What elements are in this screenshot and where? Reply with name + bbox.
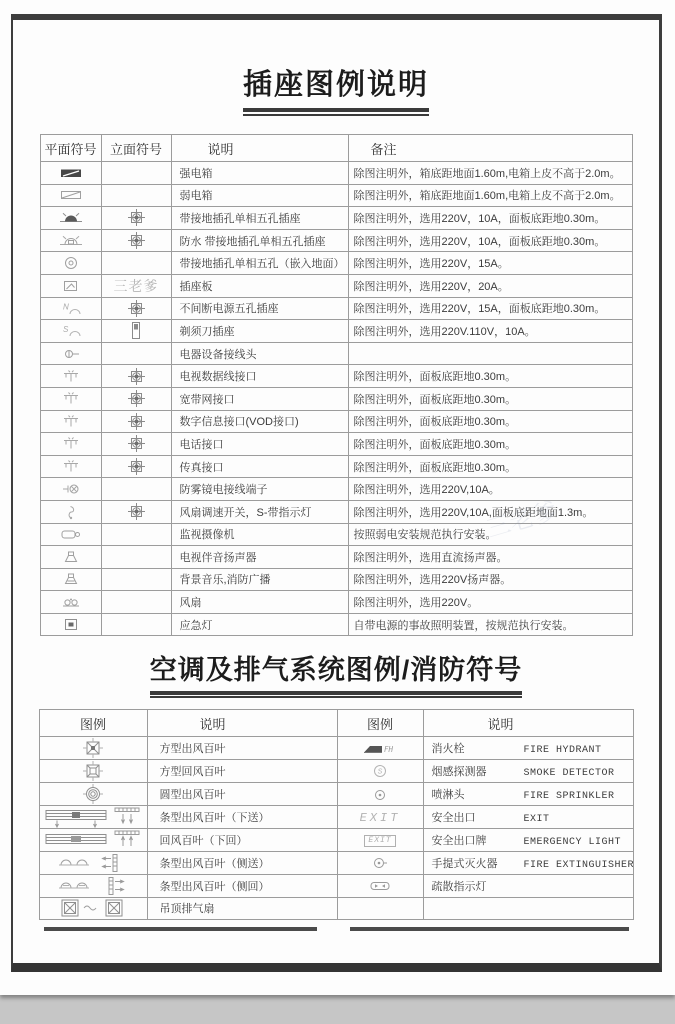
symbol-description: 回风百叶（下回） [147,829,337,852]
elevation-symbol-cell [101,478,171,501]
symbol-remark: 除图注明外，面板底距地0.30m。 [348,387,632,410]
plan-symbol-cell [40,184,101,207]
plan-symbol-cell [40,410,101,433]
symbol-description: 方型出风百叶 [147,737,337,760]
symbol-remark: 按照弱电安装规范执行安装。 [348,523,632,546]
symbol-remark: 除图注明外，选用220V，10A，面板底距地0.30m。 [348,207,632,230]
plan-symbol-cell [40,162,101,185]
fan-speed-switch-icon [65,503,77,520]
bgm-speaker-icon [63,572,79,586]
legend-symbol-cell [39,737,147,760]
socket-legend-table: 平面符号 立面符号 说明 备注 强电箱 除图注明外，箱底距地面1.60m,电箱上… [40,134,633,636]
wall-socket-elevation-icon [128,232,145,249]
footer-rule-lines [13,927,659,931]
plan-symbol-cell [40,229,101,252]
symbol-description: 电视伴音扬声器 [171,546,348,569]
socket-legend-title: 插座图例说明 [13,62,659,112]
elevation-symbol-cell [101,410,171,433]
vod-jack-icon [62,414,80,429]
symbol-remark: 除图注明外，选用220V，20A。 [348,274,632,297]
plan-symbol-cell [40,591,101,614]
socket-plate-icon [63,279,78,293]
symbol-description: 风扇 [171,591,348,614]
elevation-symbol-cell [101,591,171,614]
table-row: 宽带网接口 除图注明外，面板底距地0.30m。 [40,387,632,410]
elevation-symbol-cell [101,500,171,523]
wall-socket-elevation-icon [128,413,145,430]
table-row: 条型出风百叶（下送） EXIT 安全出口EXIT [39,806,633,829]
fan-icon [61,596,81,608]
strong-power-box-icon [60,167,82,179]
socket-legend-title-text: 插座图例说明 [243,62,429,112]
legend-symbol-cell: EXIT [337,806,423,829]
symbol-description: 监视摄像机 [171,523,348,546]
symbol-description: 数字信息接口(VOD接口) [171,410,348,433]
elevation-symbol-cell [101,455,171,478]
elevation-symbol-cell [101,184,171,207]
evacuation-light-icon [370,881,390,891]
symbol-description: 吊顶排气扇 [147,897,337,920]
symbol-description: 传真接口 [171,455,348,478]
symbol-description: 消火栓FIRE HYDRANT [423,737,633,760]
col-header-legend-right: 图例 [337,710,423,737]
mirror-terminal-icon [61,483,81,495]
linear-return-side-icon [57,876,129,896]
symbol-description: 电视数据线接口 [171,365,348,388]
symbol-description: 弱电箱 [171,184,348,207]
symbol-remark: 除图注明外，选用220V，15A，面板底距地0.30m。 [348,297,632,320]
legend-symbol-cell [337,897,423,920]
legend-symbol-cell [337,783,423,806]
description-english: EXIT [524,814,550,825]
svg-text:S: S [378,769,383,776]
table-row: 电话接口 除图注明外，面板底距地0.30m。 [40,433,632,456]
table-row: 弱电箱 除图注明外，箱底距地面1.60m,电箱上皮不高于2.0m。 [40,184,632,207]
elevation-symbol-cell [101,613,171,636]
symbol-description: 方型回风百叶 [147,760,337,783]
symbol-remark: 除图注明外，面板底距地0.30m。 [348,410,632,433]
shaver-socket-elevation-icon [130,321,142,340]
plan-symbol-cell [40,274,101,297]
table-row: 电器设备接线头 [40,342,632,365]
table-row: 吊顶排气扇 [39,897,633,920]
appliance-terminal-icon [61,348,81,360]
symbol-remark: 除图注明外，选用直流扬声器。 [348,546,632,569]
symbol-remark: 除图注明外，选用220V。 [348,591,632,614]
footer-rule-right [350,927,629,931]
elevation-symbol-cell [101,523,171,546]
symbol-remark: 除图注明外，箱底距地面1.60m,电箱上皮不高于2.0m。 [348,162,632,185]
description-chinese: 疏散指示灯 [432,878,524,894]
svg-text:N: N [63,302,69,311]
description-english: FIRE SPRINKLER [524,791,615,802]
symbol-description: 电器设备接线头 [171,342,348,365]
plan-symbol-cell [40,613,101,636]
legend-symbol-cell [39,783,147,806]
table-row: 回风百叶（下回） EXIT 安全出口牌EMERGENCY LIGHT [39,829,633,852]
cctv-camera-icon [60,528,82,540]
plan-symbol-cell [40,387,101,410]
table-row: 圆型出风百叶 喷淋头FIRE SPRINKLER [39,783,633,806]
round-supply-diffuser-icon [82,783,104,805]
description-chinese: 烟感探测器 [432,763,524,779]
symbol-description: 防水 带接地插孔单相五孔插座 [171,229,348,252]
description-chinese: 安全出口牌 [432,832,524,848]
table-row: 条型出风百叶（侧送） 手提式灭火器FIRE EXTINGUISHER [39,852,633,875]
symbol-description: 背景音乐,消防广播 [171,568,348,591]
legend-symbol-cell [39,852,147,875]
col-header-elevation-symbol: 立面符号 [101,135,171,162]
fire-hydrant-icon: FH [362,743,398,755]
table-row: 方型回风百叶 S 烟感探测器SMOKE DETECTOR [39,760,633,783]
description-english: FIRE EXTINGUISHER [524,860,634,871]
legend-symbol-cell [39,897,147,920]
svg-text:FH: FH [384,745,394,754]
elevation-symbol-cell [101,546,171,569]
emergency-light-icon [64,618,78,631]
table-row: 风扇调速开关，S-带指示灯 除图注明外，选用220V,10A,面板底距地面1.3… [40,500,632,523]
col-header-legend-left: 图例 [39,710,147,737]
elevation-symbol-cell: 三老爹 [101,274,171,297]
plan-symbol-cell [40,478,101,501]
symbol-remark: 除图注明外，选用220V，15A。 [348,252,632,275]
plan-symbol-cell [40,252,101,275]
wall-socket-elevation-icon [128,458,145,475]
plan-symbol-cell [40,500,101,523]
symbol-description: 喷淋头FIRE SPRINKLER [423,783,633,806]
elevation-symbol-cell [101,365,171,388]
symbol-description: 带接地插孔单相五孔插座 [171,207,348,230]
symbol-description: 条型出风百叶（侧回） [147,875,337,898]
symbol-description: 电话接口 [171,433,348,456]
legend-symbol-cell [337,875,423,898]
elevation-symbol-cell [101,252,171,275]
elevation-symbol-cell [101,387,171,410]
table-row: N 不间断电源五孔插座 除图注明外，选用220V，15A，面板底距地0.30m。 [40,297,632,320]
ups-socket-icon: N [61,301,81,316]
wall-socket-elevation-icon [128,503,145,520]
plan-symbol-cell [40,342,101,365]
svg-text:S: S [63,325,69,334]
symbol-description: 风扇调速开关，S-带指示灯 [171,500,348,523]
hvac-legend-title: 空调及排气系统图例/消防符号 [13,648,659,695]
table-row: 强电箱 除图注明外，箱底距地面1.60m,电箱上皮不高于2.0m。 [40,162,632,185]
table-row: 电视数据线接口 除图注明外，面板底距地0.30m。 [40,365,632,388]
elevation-symbol-cell [101,229,171,252]
description-english: SMOKE DETECTOR [524,768,615,779]
symbol-remark: 除图注明外，面板底距地0.30m。 [348,455,632,478]
symbol-remark: 除图注明外，选用220V,10A。 [348,478,632,501]
square-return-diffuser-icon [82,760,104,782]
square-supply-diffuser-icon [82,737,104,759]
floor-socket-icon [64,256,78,270]
wall-socket-elevation-icon [128,390,145,407]
elevation-symbol-cell [101,207,171,230]
shaver-socket-icon: S [61,323,81,338]
symbol-description: 条型出风百叶（侧送） [147,852,337,875]
smoke-detector-icon: S [373,764,387,778]
plan-symbol-cell [40,365,101,388]
description-chinese: 手提式灭火器 [432,855,524,871]
elevation-symbol-cell [101,342,171,365]
fire-sprinkler-icon [374,789,386,801]
legend-symbol-cell [337,852,423,875]
fire-extinguisher-icon [372,857,389,869]
description-chinese: 安全出口 [432,809,524,825]
col-header-plan-symbol: 平面符号 [40,135,101,162]
ceiling-exhaust-fan-icon [60,898,126,918]
tv-data-jack-icon [62,369,80,384]
col-header-description-left: 说明 [147,710,337,737]
symbol-remark: 自带电源的事故照明装置，按规范执行安装。 [348,613,632,636]
symbol-remark: 除图注明外，选用220V扬声器。 [348,568,632,591]
table-row: 条型出风百叶（侧回） 疏散指示灯 [39,875,633,898]
table-row: S 剃须刀插座 除图注明外，选用220V.110V，10A。 [40,320,632,343]
symbol-description: 强电箱 [171,162,348,185]
plan-symbol-cell: S [40,320,101,343]
description-english: EMERGENCY LIGHT [524,837,622,848]
table-row: 风扇 除图注明外，选用220V。 [40,591,632,614]
elevation-symbol-cell [101,297,171,320]
fax-jack-icon [62,459,80,474]
hvac-fire-legend-table: 图例 说明 图例 说明 方型出风百叶 FH 消火栓FIRE HYDRANT 方型… [39,709,634,920]
col-header-description: 说明 [171,135,348,162]
tv-speaker-icon [63,550,79,564]
plan-symbol-cell: N [40,297,101,320]
elevation-symbol-cell [101,433,171,456]
exit-sign-icon: EXIT [364,835,395,847]
table-row: 防水 带接地插孔单相五孔插座 除图注明外，选用220V，10A，面板底距地0.3… [40,229,632,252]
wall-socket-elevation-icon [128,435,145,452]
phone-jack-icon [62,436,80,451]
plan-symbol-cell [40,546,101,569]
table-header-row: 图例 说明 图例 说明 [39,710,633,737]
legend-symbol-cell [39,829,147,852]
table-row: 应急灯 自带电源的事故照明装置，按规范执行安装。 [40,613,632,636]
description-english: FIRE HYDRANT [524,745,602,756]
table-header-row: 平面符号 立面符号 说明 备注 [40,135,632,162]
wall-socket-elevation-icon [128,300,145,317]
table-row: 数字信息接口(VOD接口) 除图注明外，面板底距地0.30m。 [40,410,632,433]
wall-socket-elevation-icon [128,209,145,226]
table-row: 监视摄像机 按照弱电安装规范执行安装。 [40,523,632,546]
symbol-description: 剃须刀插座 [171,320,348,343]
symbol-description: 疏散指示灯 [423,875,633,898]
linear-supply-side-icon [57,853,129,873]
watermark-text: 三老爹 [114,278,159,294]
symbol-description: 插座板 [171,274,348,297]
grounded-socket-icon [59,211,83,225]
table-row: 防雾镜电接线端子 除图注明外，选用220V,10A。 [40,478,632,501]
hvac-legend-title-text: 空调及排气系统图例/消防符号 [150,648,523,695]
table-row: 三老爹 插座板 除图注明外，选用220V，20A。 [40,274,632,297]
elevation-symbol-cell [101,568,171,591]
symbol-description: 圆型出风百叶 [147,783,337,806]
symbol-description: 烟感探测器SMOKE DETECTOR [423,760,633,783]
legend-symbol-cell: FH [337,737,423,760]
wall-socket-elevation-icon [128,368,145,385]
waterproof-socket-icon [59,234,83,248]
col-header-remark: 备注 [348,135,632,162]
table-row: 方型出风百叶 FH 消火栓FIRE HYDRANT [39,737,633,760]
symbol-description: 不间断电源五孔插座 [171,297,348,320]
symbol-description: 应急灯 [171,613,348,636]
elevation-symbol-cell [101,320,171,343]
symbol-description: 防雾镜电接线端子 [171,478,348,501]
legend-symbol-cell [39,875,147,898]
symbol-remark: 除图注明外，箱底距地面1.60m,电箱上皮不高于2.0m。 [348,184,632,207]
legend-symbol-cell: EXIT [337,829,423,852]
symbol-description: 手提式灭火器FIRE EXTINGUISHER [423,852,633,875]
legend-symbol-cell [39,806,147,829]
weak-power-box-icon [60,189,82,201]
table-row: 传真接口 除图注明外，面板底距地0.30m。 [40,455,632,478]
symbol-description: 安全出口牌EMERGENCY LIGHT [423,829,633,852]
description-chinese: 消火栓 [432,740,524,756]
symbol-remark: 除图注明外，选用220V.110V，10A。 [348,320,632,343]
scanned-legend-sheet: 插座图例说明 平面符号 立面符号 说明 备注 强电箱 除图注明外，箱底距地面1.… [0,0,675,995]
legend-symbol-cell [39,760,147,783]
linear-return-down-icon [45,829,141,851]
plan-symbol-cell [40,433,101,456]
linear-supply-down-icon [45,806,141,828]
table-row: 带接地插孔单相五孔插座 除图注明外，选用220V，10A，面板底距地0.30m。 [40,207,632,230]
description-chinese: 喷淋头 [432,786,524,802]
elevation-symbol-cell [101,162,171,185]
symbol-description: 宽带网接口 [171,387,348,410]
col-header-description-right: 说明 [423,710,633,737]
legend-symbol-cell: S [337,760,423,783]
footer-rule-left [44,927,317,931]
symbol-remark: 除图注明外，面板底距地0.30m。 [348,433,632,456]
plan-symbol-cell [40,523,101,546]
table-row: 电视伴音扬声器 除图注明外，选用直流扬声器。 [40,546,632,569]
symbol-description: 条型出风百叶（下送） [147,806,337,829]
drawing-border-frame: 插座图例说明 平面符号 立面符号 说明 备注 强电箱 除图注明外，箱底距地面1.… [11,14,662,972]
table-row: 背景音乐,消防广播 除图注明外，选用220V扬声器。 [40,568,632,591]
symbol-description: 安全出口EXIT [423,806,633,829]
symbol-remark: 除图注明外，选用220V，10A，面板底距地0.30m。 [348,229,632,252]
broadband-jack-icon [62,391,80,406]
symbol-remark: 除图注明外，选用220V,10A,面板底距地面1.3m。 [348,500,632,523]
symbol-description: 带接地插孔单相五孔（嵌入地面） [171,252,348,275]
plan-symbol-cell [40,568,101,591]
table-row: 带接地插孔单相五孔（嵌入地面） 除图注明外，选用220V，15A。 [40,252,632,275]
symbol-description [423,897,633,920]
plan-symbol-cell [40,207,101,230]
symbol-remark: 除图注明外，面板底距地0.30m。 [348,365,632,388]
plan-symbol-cell [40,455,101,478]
symbol-remark [348,342,632,365]
